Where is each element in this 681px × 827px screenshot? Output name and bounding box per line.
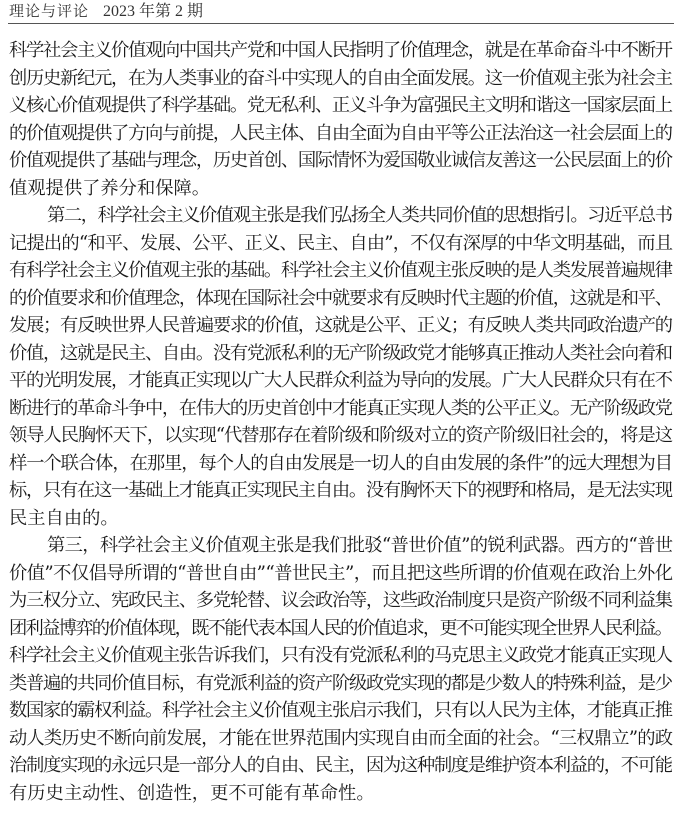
text-line: 为三权分立、宪政民主、多党轮替、议会政治等，这些政治制度只是资产阶级不同利益集 — [9, 587, 673, 615]
paragraph: 科学社会主义价值观向中国共产党和中国人民指明了价值理念，就是在革命奋斗中不断开 … — [9, 37, 673, 202]
running-header: 理论与评论2023 年第 2 期 — [9, 2, 203, 21]
journal-title: 理论与评论 — [9, 2, 89, 20]
header-rule — [8, 23, 674, 24]
article-body: 科学社会主义价值观向中国共产党和中国人民指明了价值理念，就是在革命奋斗中不断开 … — [9, 37, 673, 807]
text-line: 记提出的“和平、发展、公平、正义、民主、自由”，不仅有深厚的中华文明基础，而且 — [9, 230, 673, 258]
paragraph: 第二，科学社会主义价值观主张是我们弘扬全人类共同价值的思想指引。习近平总书 记提… — [9, 202, 673, 532]
paragraph: 第三，科学社会主义价值观主张是我们批驳“普世价值”的锐利武器。西方的“普世 价值… — [9, 532, 673, 807]
text-line: 治制度实现的永远只是一部分人的自由、民主，因为这种制度是维护资本利益的，不可能 — [9, 752, 673, 780]
text-line: 断进行的革命斗争中，在伟大的历史首创中才能真正实现人类的公平正义。无产阶级政党 — [9, 395, 673, 423]
text-line: 的价值观提供了方向与前提，人民主体、自由全面为自由平等公正法治这一社会层面上的 — [9, 120, 673, 148]
text-line: 第二，科学社会主义价值观主张是我们弘扬全人类共同价值的思想指引。习近平总书 — [9, 202, 673, 230]
text-line: 义核心价值观提供了科学基础。党无私利、正义斗争为富强民主文明和谐这一国家层面上 — [9, 92, 673, 120]
text-line: 价值，这就是民主、自由。没有党派私利的无产阶级政党才能够真正推动人类社会向着和 — [9, 340, 673, 368]
text-line: 类普遍的共同价值目标，有党派利益的资产阶级政党实现的都是少数人的特殊利益，是少 — [9, 670, 673, 698]
text-line: 创历史新纪元，在为人类事业的奋斗中实现人的自由全面发展。这一价值观主张为社会主 — [9, 65, 673, 93]
text-line: 动人类历史不断向前发展，才能在世界范围内实现自由而全面的社会。“三权鼎立”的政 — [9, 725, 673, 753]
text-line: 价值观提供了基础与理念，历史首创、国际情怀为爱国敬业诚信友善这一公民层面上的价 — [9, 147, 673, 175]
text-line: 值观提供了养分和保障。 — [9, 175, 673, 203]
text-line: 科学社会主义价值观向中国共产党和中国人民指明了价值理念，就是在革命奋斗中不断开 — [9, 37, 673, 65]
text-line: 平的光明发展，才能真正实现以广大人民群众利益为导向的发展。广大人民群众只有在不 — [9, 367, 673, 395]
issue-label: 2023 年第 2 期 — [103, 3, 203, 20]
text-line: 民主自由的。 — [9, 505, 673, 533]
text-line: 发展；有反映世界人民普遍要求的价值，这就是公平、正义；有反映人类共同政治遗产的 — [9, 312, 673, 340]
text-line: 样一个联合体，在那里，每个人的自由发展是一切人的自由发展的条件”的远大理想为目 — [9, 450, 673, 478]
text-line: 有科学社会主义价值观主张的基础。科学社会主义价值观主张反映的是人类发展普遍规律 — [9, 257, 673, 285]
text-line: 数国家的霸权利益。科学社会主义价值观主张启示我们，只有以人民为主体，才能真正推 — [9, 697, 673, 725]
text-line: 科学社会主义价值观主张告诉我们，只有没有党派私利的马克思主义政党才能真正实现人 — [9, 642, 673, 670]
text-line: 标，只有在这一基础上才能真正实现民主自由。没有胸怀天下的视野和格局，是无法实现 — [9, 477, 673, 505]
text-line: 领导人民胸怀天下，以实现“代替那存在着阶级和阶级对立的资产阶级旧社会的，将是这 — [9, 422, 673, 450]
text-line: 的价值要求和价值理念，体现在国际社会中就要求有反映时代主题的价值，这就是和平、 — [9, 285, 673, 313]
text-line: 第三，科学社会主义价值观主张是我们批驳“普世价值”的锐利武器。西方的“普世 — [9, 532, 673, 560]
text-line: 价值”不仅倡导所谓的“普世自由”“普世民主”，而且把这些所谓的价值观在政治上外化 — [9, 560, 673, 588]
text-line: 有历史主动性、创造性，更不可能有革命性。 — [9, 780, 673, 808]
text-line: 团利益博弈的价值体现，既不能代表本国人民的价值追求，更不可能实现全世界人民利益。 — [9, 615, 673, 643]
